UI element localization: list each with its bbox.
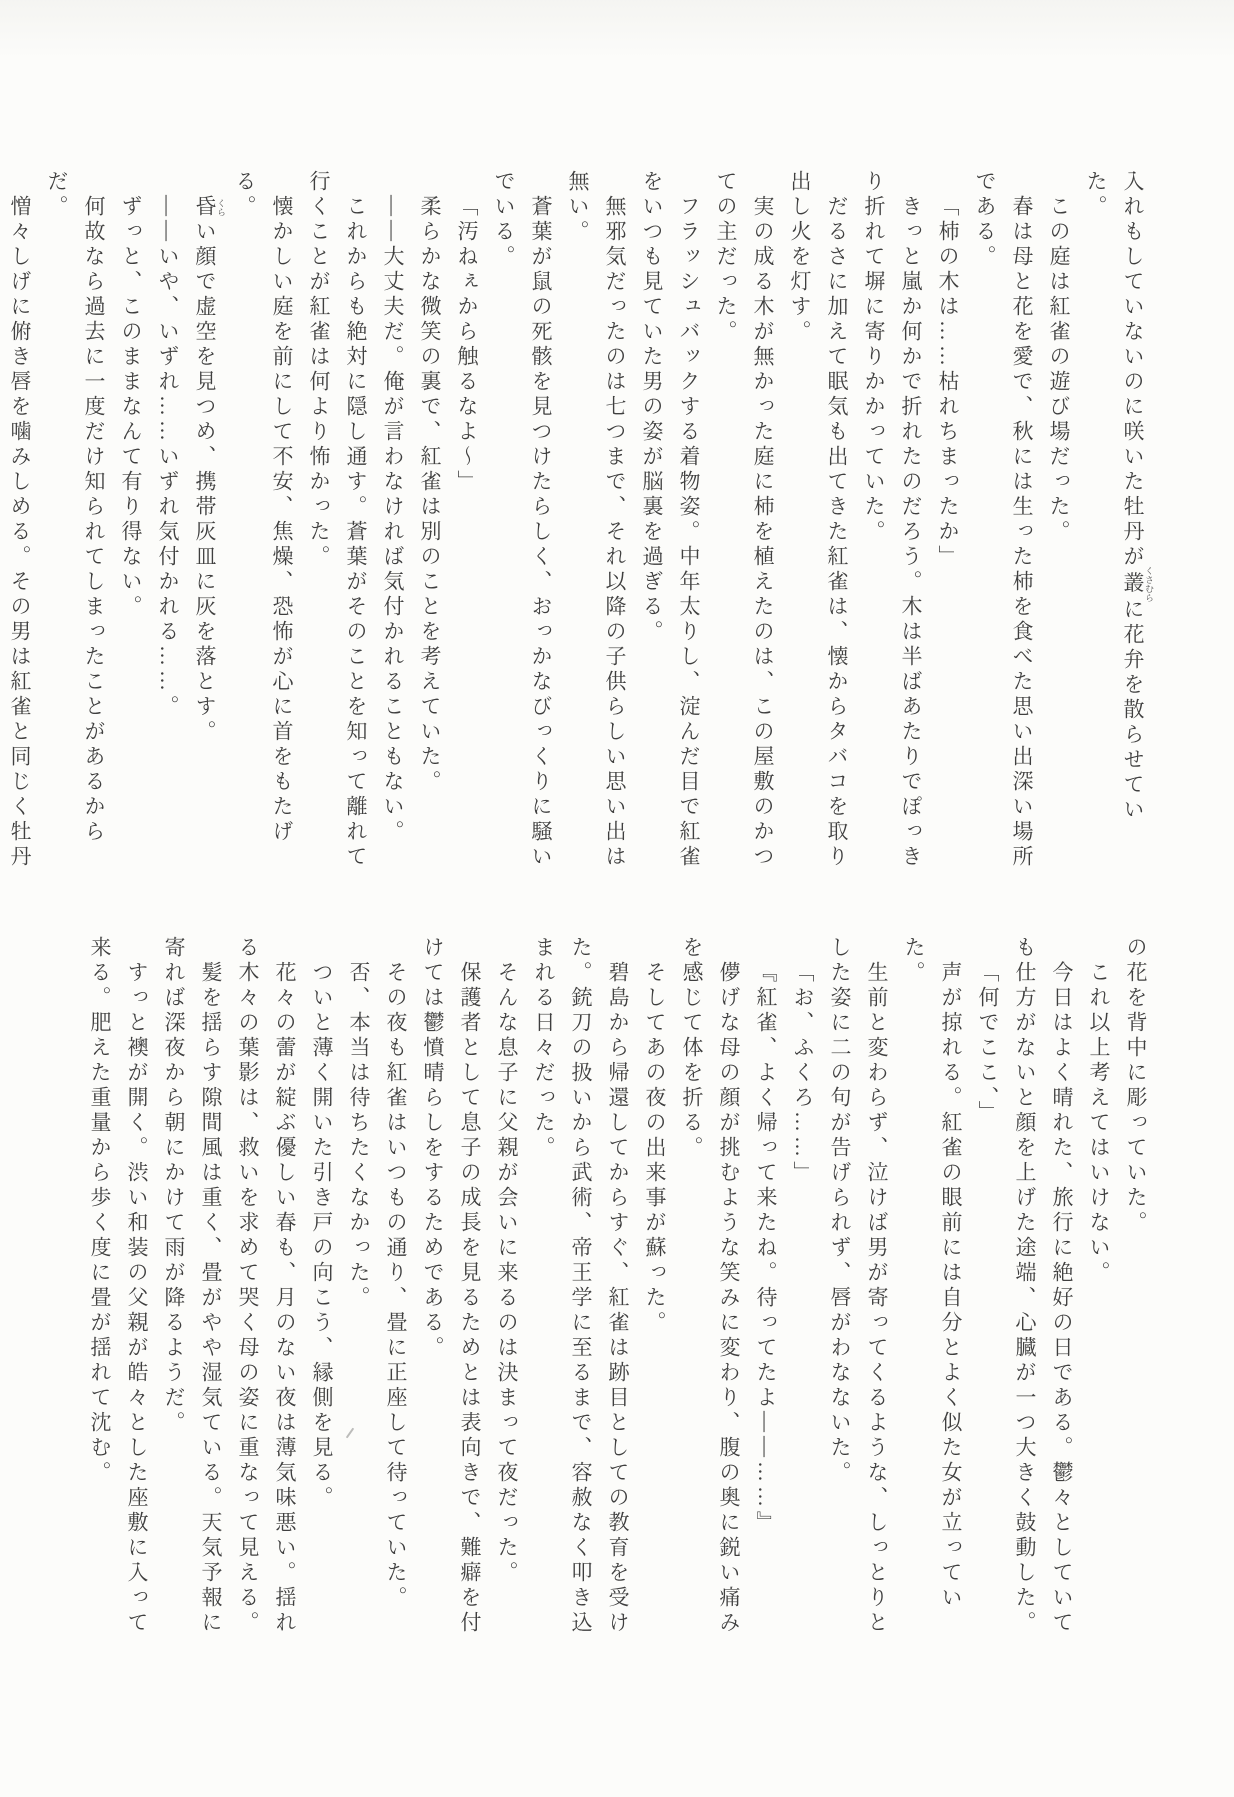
paragraph: そしてあの夜の出来事が蘇った。 (636, 936, 673, 1638)
paragraph: 昏くらい顔で虚空を見つめ、携帯灰皿に灰を落とす。 (186, 170, 226, 872)
ruby-annotation: 叢くさむら (1121, 570, 1145, 598)
paragraph: そんな息子に父親が会いに来るのは決まって夜だった。 (488, 936, 525, 1638)
paragraph: きっと嵐か何かで折れたのだろう。木は半ばあたりでぽっきり折れて塀に寄りかかってい… (855, 170, 929, 872)
paragraph: ——大丈夫だ。俺が言わなければ気付かれることもない。 (374, 170, 411, 872)
paragraph: この庭は紅雀の遊び場だった。 (1040, 170, 1077, 872)
paragraph: これからも絶対に隠し通す。蒼葉がそのことを知って離れて行くことが紅雀は何より怖か… (300, 170, 374, 872)
ruby-annotation: 昏くら (193, 195, 217, 220)
paragraph: 生前と変わらず、泣けば男が寄ってくるような、しっとりとした姿に二の句が告げられず… (821, 936, 895, 1638)
paragraph: ——いや、いずれ……いずれ気付かれる……。 (149, 170, 186, 872)
paragraph: 否、本当は待ちたくなかった。 (340, 936, 377, 1638)
paragraph: 憎々しげに俯き唇を噛みしめる。その男は紅雀と同じく牡丹 (1, 170, 38, 872)
scanned-book-page: 入れもしていないのに咲いた牡丹が叢くさむらに花弁を散らせていた。この庭は紅雀の遊… (0, 0, 1234, 1797)
paragraph: 何故なら過去に一度だけ知られてしまったことがあるからだ。 (38, 170, 112, 872)
paragraph: 髪を揺らす隙間風は重く、畳がやや湿気ている。天気予報に寄れば深夜から朝にかけて雨… (155, 936, 229, 1638)
paragraph: フラッシュバックする着物姿。中年太りし、淀んだ目で紅雀をいつも見ていた男の姿が脳… (633, 170, 707, 872)
paragraph: 実の成る木が無かった庭に柿を植えたのは、この屋敷のかつての主だった。 (707, 170, 781, 872)
lower-text-block: の花を背中に彫っていた。これ以上考えてはいけない。今日はよく晴れた、旅行に絶好の… (96, 936, 1154, 1638)
paragraph: これ以上考えてはいけない。 (1080, 936, 1117, 1638)
paragraph: 今日はよく晴れた、旅行に絶好の日である。鬱々としていても仕方がないと顔を上げた途… (1006, 936, 1080, 1638)
paragraph: 花々の蕾が綻ぶ優しい春も、月のない夜は薄気味悪い。揺れる木々の葉影は、救いを求め… (229, 936, 303, 1638)
paragraph: 『紅雀、よく帰って来たね。待ってたよ——……』 (747, 936, 784, 1638)
paragraph: 柔らかな微笑の裏で、紅雀は別のことを考えていた。 (411, 170, 448, 872)
paragraph: 保護者として息子の成長を見るためとは表向きで、難癖を付けては鬱憤晴らしをするため… (414, 936, 488, 1638)
paragraph: 「お、ふくろ……」 (784, 936, 821, 1638)
paragraph: 無邪気だったのは七つまで、それ以降の子供らしい思い出は無い。 (559, 170, 633, 872)
upper-text-block: 入れもしていないのに咲いた牡丹が叢くさむらに花弁を散らせていた。この庭は紅雀の遊… (96, 170, 1154, 872)
paragraph: 春は母と花を愛で、秋には生った柿を食べた思い出深い場所である。 (966, 170, 1040, 872)
paragraph: 「何でここ、」 (969, 936, 1006, 1638)
paragraph: だるさに加えて眠気も出てきた紅雀は、懐からタバコを取り出し火を灯す。 (781, 170, 855, 872)
paragraph: ついと薄く開いた引き戸の向こう、縁側を見る。 (303, 936, 340, 1638)
paragraph: の花を背中に彫っていた。 (1117, 936, 1154, 1638)
paragraph: その夜も紅雀はいつもの通り、畳に正座して待っていた。 (377, 936, 414, 1638)
paragraph: 入れもしていないのに咲いた牡丹が叢くさむらに花弁を散らせていた。 (1077, 170, 1154, 872)
paragraph: 蒼葉が鼠の死骸を見つけたらしく、おっかなびっくりに騒いでいる。 (485, 170, 559, 872)
paragraph: 碧島から帰還してからすぐ、紅雀は跡目としての教育を受けた。銃刀の扱いから武術、帝… (525, 936, 636, 1638)
paragraph: ずっと、このままなんて有り得ない。 (112, 170, 149, 872)
paragraph: 儚げな母の顔が挑むような笑みに変わり、腹の奥に鋭い痛みを感じて体を折る。 (673, 936, 747, 1638)
paragraph: 懐かしい庭を前にして不安、焦燥、恐怖が心に首をもたげる。 (226, 170, 300, 872)
paragraph: 声が掠れる。紅雀の眼前には自分とよく似た女が立っていた。 (895, 936, 969, 1638)
paragraph: 「汚ねぇから触るなよ〜」 (448, 170, 485, 872)
paragraph: 「柿の木は……枯れちまったか」 (929, 170, 966, 872)
paragraph: すっと襖が開く。渋い和装の父親が皓々とした座敷に入って来る。肥えた重量から歩く度… (81, 936, 155, 1638)
